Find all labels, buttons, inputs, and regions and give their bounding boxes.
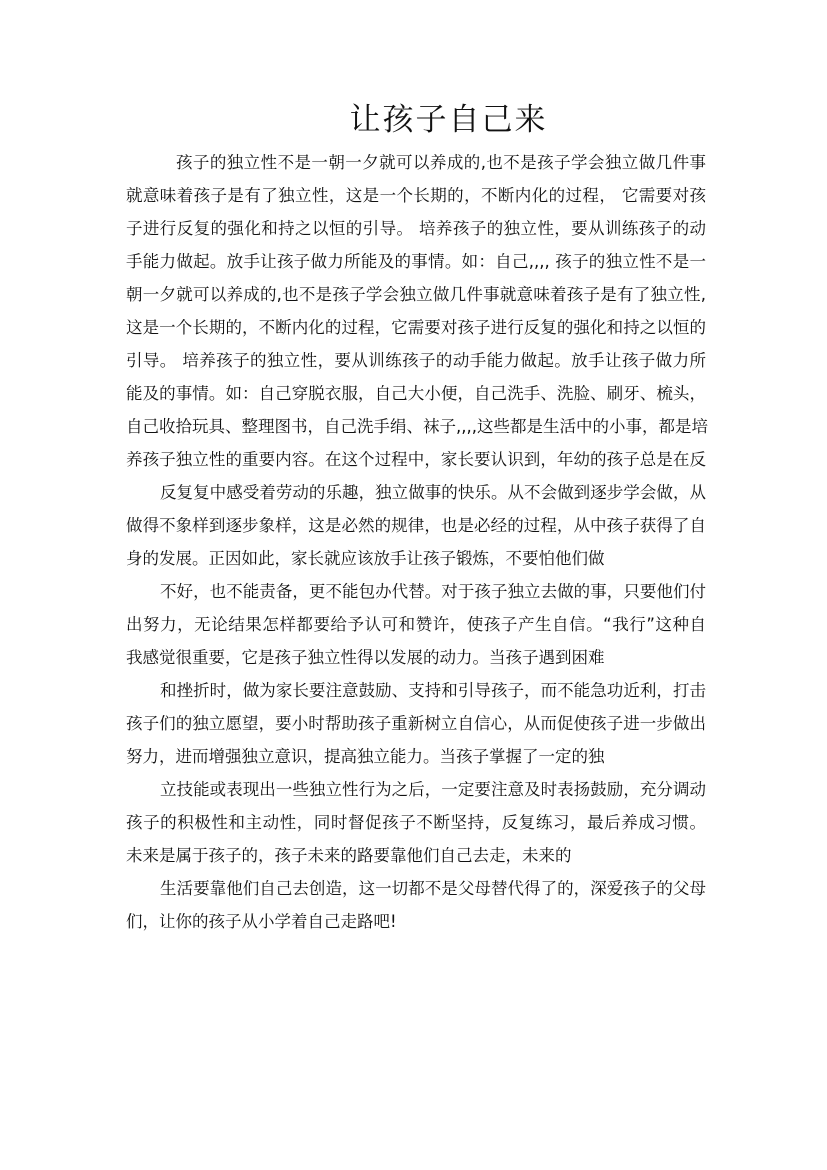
text-line: 这是一个长期的，不断内化的过程，它需要对孩子进行反复的强化和持之以恒的 <box>126 311 706 344</box>
text-line: 身的发展。正因如此，家长就应该放手让孩子锻炼，不要怕他们做 <box>126 542 706 575</box>
text-line: 孩子们的独立愿望，要小时帮助孩子重新树立自信心，从而促使孩子进一步做出 <box>126 707 706 740</box>
document-body: 孩子的独立性不是一朝一夕就可以养成的,也不是孩子学会独立做几件事 就意味着孩子是… <box>126 146 706 938</box>
document-title: 让孩子自己来 <box>0 100 827 140</box>
text-line: 我感觉很重要，它是孩子独立性得以发展的动力。当孩子遇到困难 <box>126 641 706 674</box>
text-line: 朝一夕就可以养成的,也不是孩子学会独立做几件事就意味着孩子是有了独立性, <box>126 278 706 311</box>
text-line: 未来是属于孩子的，孩子未来的路要靠他们自己去走，未来的 <box>126 839 706 872</box>
text-line: 反复复中感受着劳动的乐趣，独立做事的快乐。从不会做到逐步学会做，从 <box>126 476 706 509</box>
text-line: 不好，也不能责备，更不能包办代替。对于孩子独立去做的事，只要他们付 <box>126 575 706 608</box>
text-line: 做得不象样到逐步象样，这是必然的规律，也是必经的过程，从中孩子获得了自 <box>126 509 706 542</box>
text-line: 生活要靠他们自己去创造，这一切都不是父母替代得了的，深爱孩子的父母 <box>126 872 706 905</box>
text-line: 孩子的积极性和主动性，同时督促孩子不断坚持，反复练习，最后养成习惯。 <box>126 806 706 839</box>
text-line: 和挫折时，做为家长要注意鼓励、支持和引导孩子，而不能急功近利，打击 <box>126 674 706 707</box>
text-line: 自己收拾玩具、整理图书，自己洗手绢、袜子,,,,这些都是生活中的小事，都是培 <box>126 410 706 443</box>
text-line: 孩子的独立性不是一朝一夕就可以养成的,也不是孩子学会独立做几件事 <box>126 146 706 179</box>
text-line: 努力，进而增强独立意识，提高独立能力。当孩子掌握了一定的独 <box>126 740 706 773</box>
text-line: 就意味着孩子是有了独立性，这是一个长期的，不断内化的过程， 它需要对孩 <box>126 179 706 212</box>
document-page: 让孩子自己来 孩子的独立性不是一朝一夕就可以养成的,也不是孩子学会独立做几件事 … <box>0 0 827 1170</box>
text-line: 养孩子独立性的重要内容。在这个过程中，家长要认识到，年幼的孩子总是在反 <box>126 443 706 476</box>
text-line: 立技能或表现出一些独立性行为之后，一定要注意及时表扬鼓励，充分调动 <box>126 773 706 806</box>
text-line: 手能力做起。放手让孩子做力所能及的事情。如：自己,,,, 孩子的独立性不是一 <box>126 245 706 278</box>
text-line: 引导。 培养孩子的独立性，要从训练孩子的动手能力做起。放手让孩子做力所 <box>126 344 706 377</box>
text-line: 能及的事情。如：自己穿脱衣服，自己大小便，自己洗手、洗脸、刷牙、梳头， <box>126 377 706 410</box>
text-line: 出努力，无论结果怎样都要给予认可和赞许，使孩子产生自信。“我行”这种自 <box>126 608 706 641</box>
text-line: 们，让你的孩子从小学着自己走路吧! <box>126 905 706 938</box>
text-line: 子进行反复的强化和持之以恒的引导。 培养孩子的独立性，要从训练孩子的动 <box>126 212 706 245</box>
